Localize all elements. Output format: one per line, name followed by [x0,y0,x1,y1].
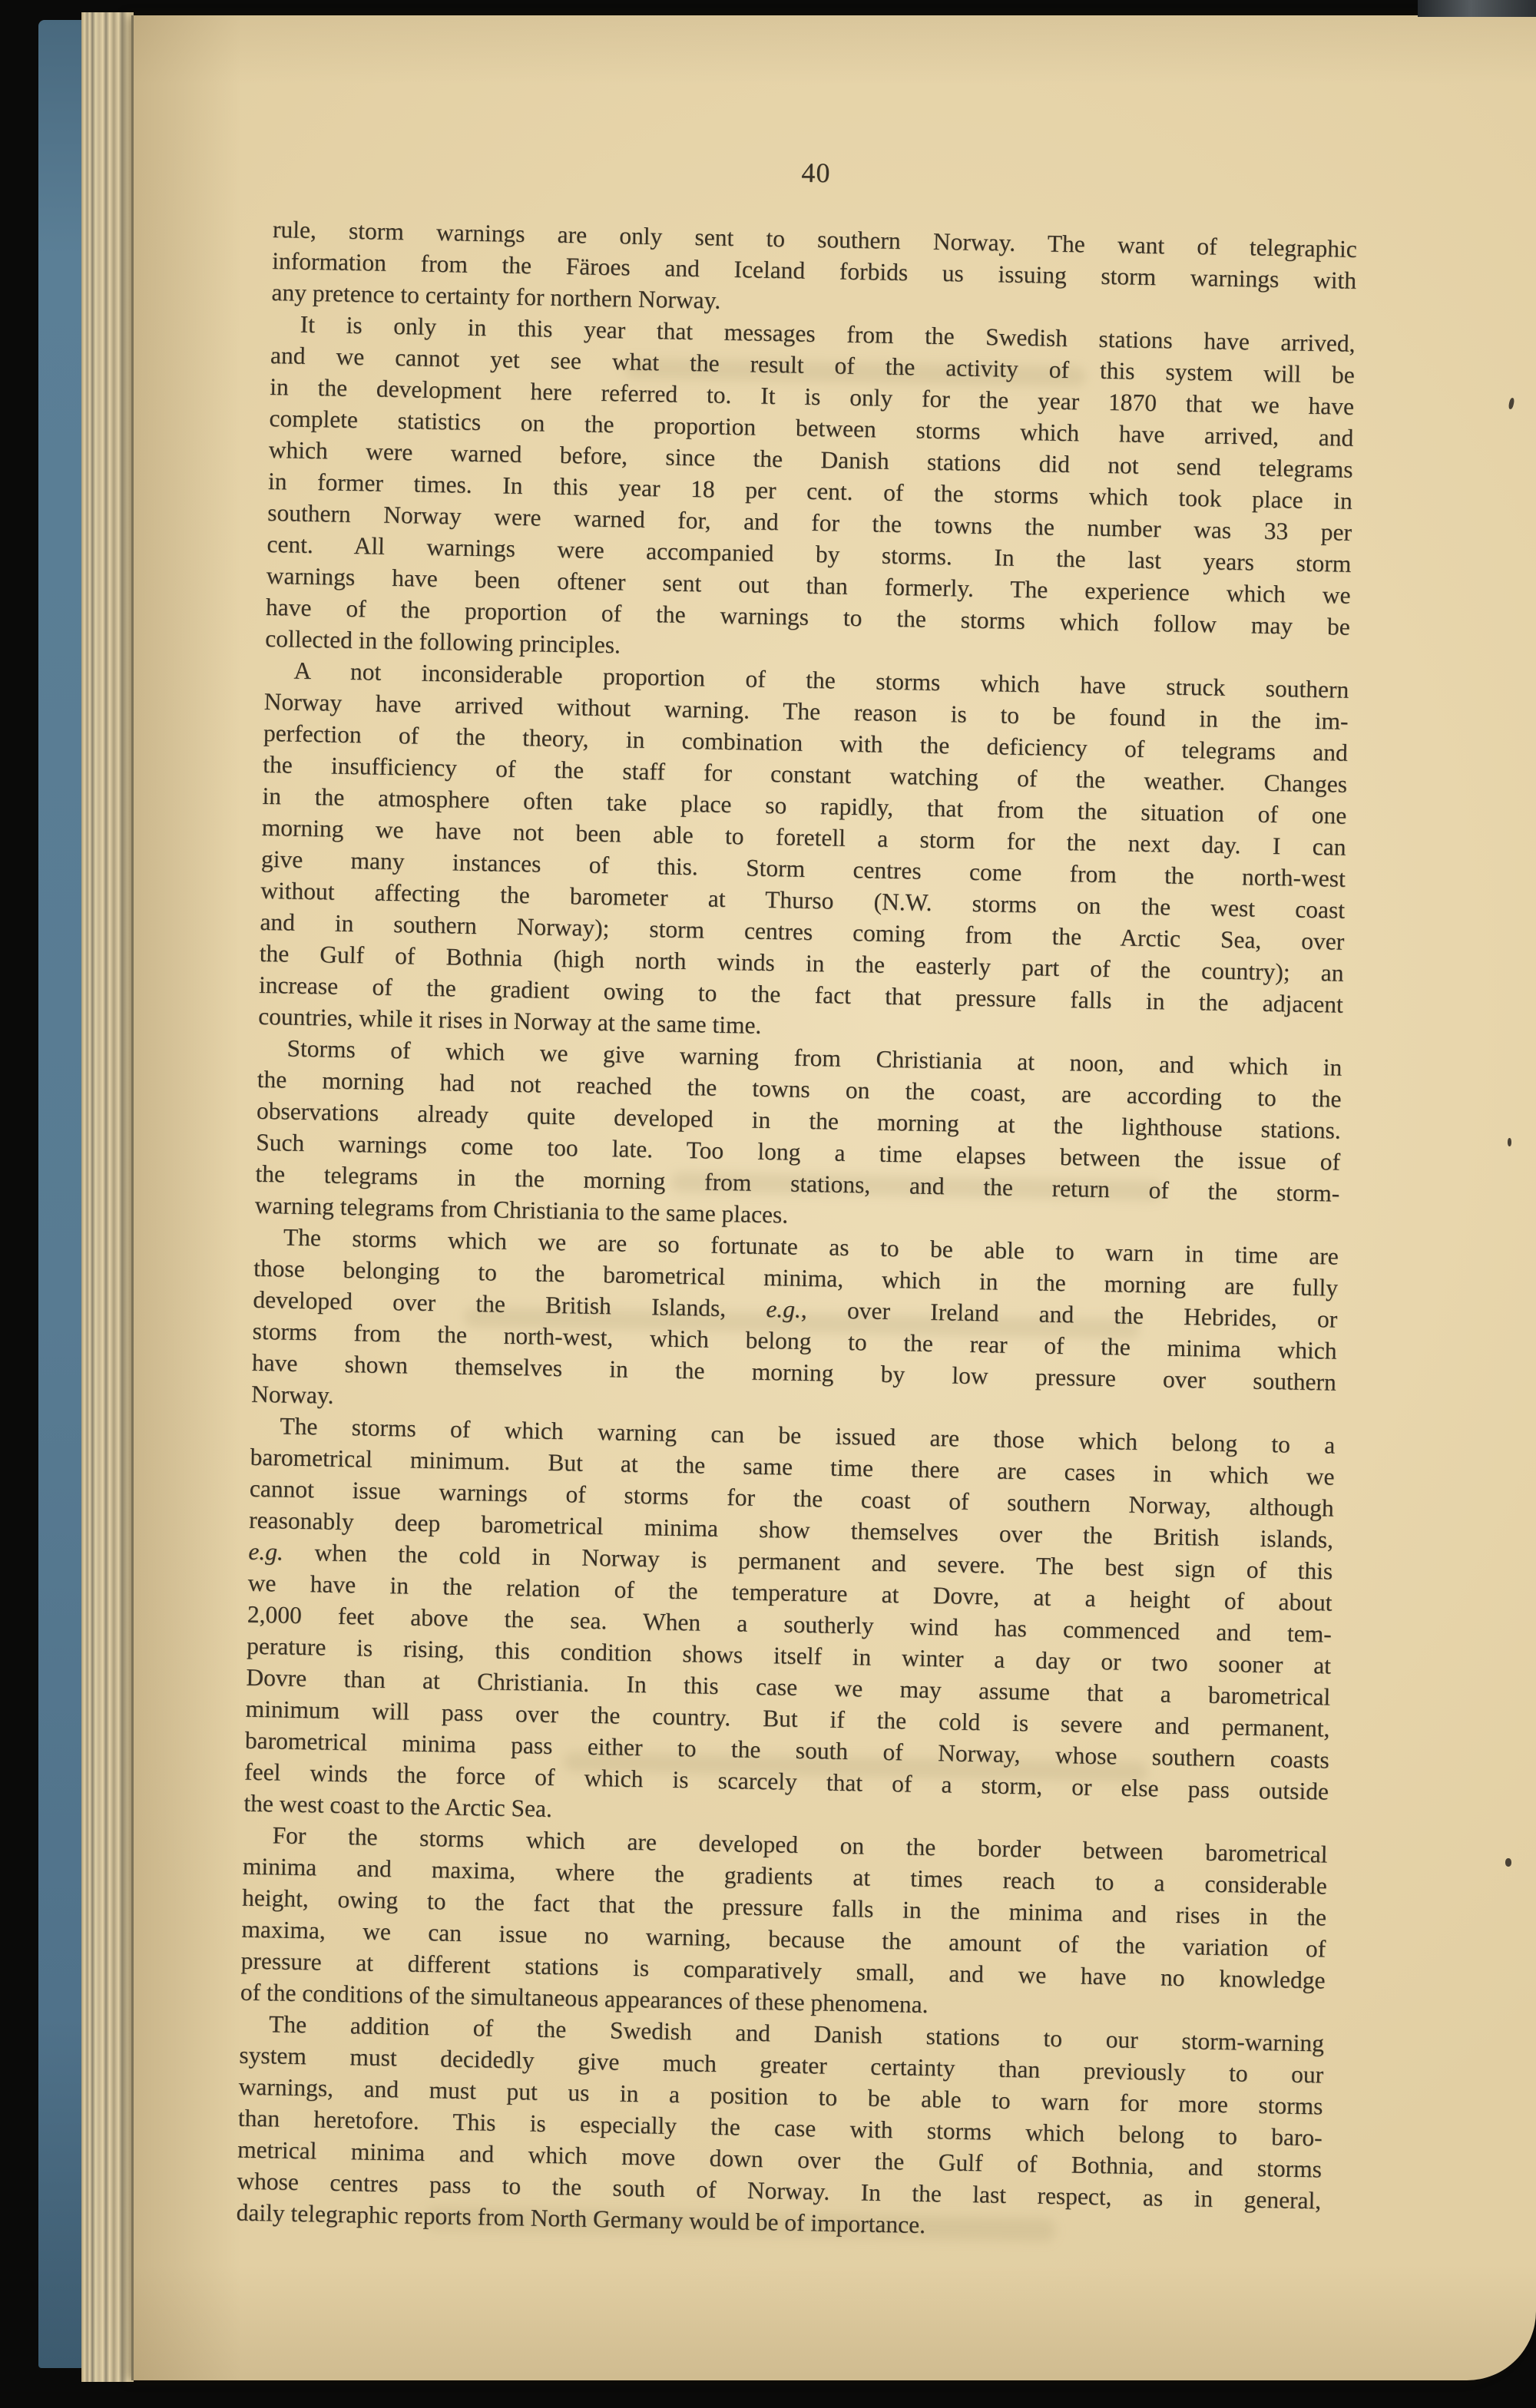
book-cover-edge [38,20,83,2368]
ink-speck [1505,1858,1511,1867]
paragraph: The storms which we are so fortunate as … [251,1221,1339,1430]
paragraph: A not inconsiderable proportion of the s… [258,654,1349,1052]
paragraph: The addition of the Swedish and Danish s… [236,2008,1324,2248]
ink-speck [1508,1138,1511,1146]
binding-cloth [1418,0,1536,17]
paragraph: The storms of which warning can be issue… [243,1410,1336,1839]
page-text-column: 40 rule, storm warnings are only sent to… [236,147,1358,2248]
page-text: rule, storm warnings are only sent to so… [236,213,1357,2248]
book-scan: 40 rule, storm warnings are only sent to… [0,0,1536,2408]
paragraph: It is only in this year that messages fr… [265,308,1356,674]
page-edge-stack [81,12,134,2382]
ink-speck [1508,398,1515,410]
book-page: 40 rule, storm warnings are only sent to… [134,15,1536,2380]
paragraph: For the storms which are developed on th… [240,1819,1328,2028]
paragraph: Storms of which we give warning from Chr… [254,1032,1342,1241]
page-number: 40 [273,147,1358,198]
